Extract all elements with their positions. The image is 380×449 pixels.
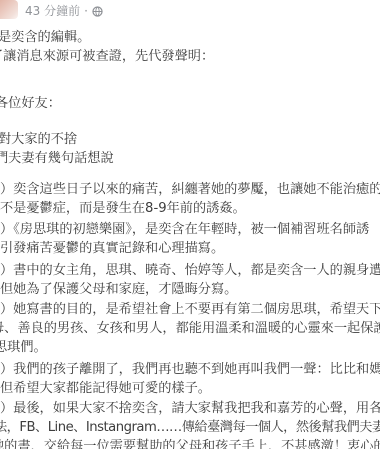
paragraph-item-4: ）她寫書的目的，是希望社會上不要再有第二個房思琪，希望天下 母、善良的男孩、女孩… <box>0 300 380 357</box>
paragraph-item-5: ）我們的孩子離開了，我們再也聽不到她再叫我們一聲：比比和媽 但希望大家都能記得她… <box>0 360 380 398</box>
post-text-line: 但希望大家都能記得她可愛的樣子。 <box>0 379 380 398</box>
post-text-line: ）奕含這些日子以來的痛苦，糾纏著她的夢魘，也讓她不能治癒的 <box>0 180 380 199</box>
paragraph-opening: 對大家的不捨 們夫妻有幾句話想說 <box>0 130 380 168</box>
paragraph-item-3: ）書中的女主角，思琪、曉奇、怡婷等人，都是奕含一人的親身遭 但她為了保護父母和家… <box>0 261 380 299</box>
post-text-line: 對大家的不捨 <box>0 130 380 149</box>
post-text-line: 她的書，交給每一位需要幫助的父母和孩子手上，不甚感激！衷心的感謝 <box>0 437 380 449</box>
post-text-line: 引發痛苦憂鬱的真實記錄和心理描寫。 <box>0 239 380 258</box>
post-body: 是奕含的編輯。 了讓消息來源可被查證，先代發聲明： 各位好友： 對大家的不捨 們… <box>0 0 380 449</box>
paragraph-item-6: ）最後，如果大家不捨奕含，請大家幫我把我和嘉芳的心聲，用各 法，FB、Line、… <box>0 399 380 449</box>
post-text-line: 了讓消息來源可被查證，先代發聲明： <box>0 47 380 66</box>
post-text-line: 不是憂鬱症，而是發生在8-9年前的誘姦。 <box>0 199 380 218</box>
post-text-line: 們夫妻有幾句話想說 <box>0 149 380 168</box>
post-text-line: ）她寫書的目的，是希望社會上不要再有第二個房思琪，希望天下 <box>0 300 380 319</box>
post-text-line: 思琪們。 <box>0 338 380 357</box>
post-text-line: ）最後，如果大家不捨奕含，請大家幫我把我和嘉芳的心聲，用各 <box>0 399 380 418</box>
paragraph-intro: 是奕含的編輯。 了讓消息來源可被查證，先代發聲明： <box>0 28 380 66</box>
post: 43 分鐘前 · 是奕含的編輯。 了讓消息來源可被查證，先代發聲明： 各位好友：… <box>0 0 380 449</box>
post-text-line: ）書中的女主角，思琪、曉奇、怡婷等人，都是奕含一人的親身遭 <box>0 261 380 280</box>
post-text-line: 但她為了保護父母和家庭，才隱晦分寫。 <box>0 280 380 299</box>
paragraph-item-1: ）奕含這些日子以來的痛苦，糾纏著她的夢魘，也讓她不能治癒的 不是憂鬱症，而是發生… <box>0 180 380 218</box>
paragraph-item-2: ）《房思琪的初戀樂園》，是奕含在年輕時，被一個補習班名師誘 引發痛苦憂鬱的真實記… <box>0 220 380 258</box>
post-text-line: 母、善良的男孩、女孩和男人，都能用溫柔和溫暖的心靈來一起保護 <box>0 319 380 338</box>
post-text-line: ）我們的孩子離開了，我們再也聽不到她再叫我們一聲：比比和媽 <box>0 360 380 379</box>
post-text-line: 法，FB、Line、Instangram……傳給臺灣每一個人，然後幫我們夫妻 <box>0 418 380 437</box>
post-text-line: 是奕含的編輯。 <box>0 28 380 47</box>
paragraph-greeting: 各位好友： <box>0 94 380 113</box>
post-text-line: 各位好友： <box>0 94 380 113</box>
post-text-line: ）《房思琪的初戀樂園》，是奕含在年輕時，被一個補習班名師誘 <box>0 220 380 239</box>
